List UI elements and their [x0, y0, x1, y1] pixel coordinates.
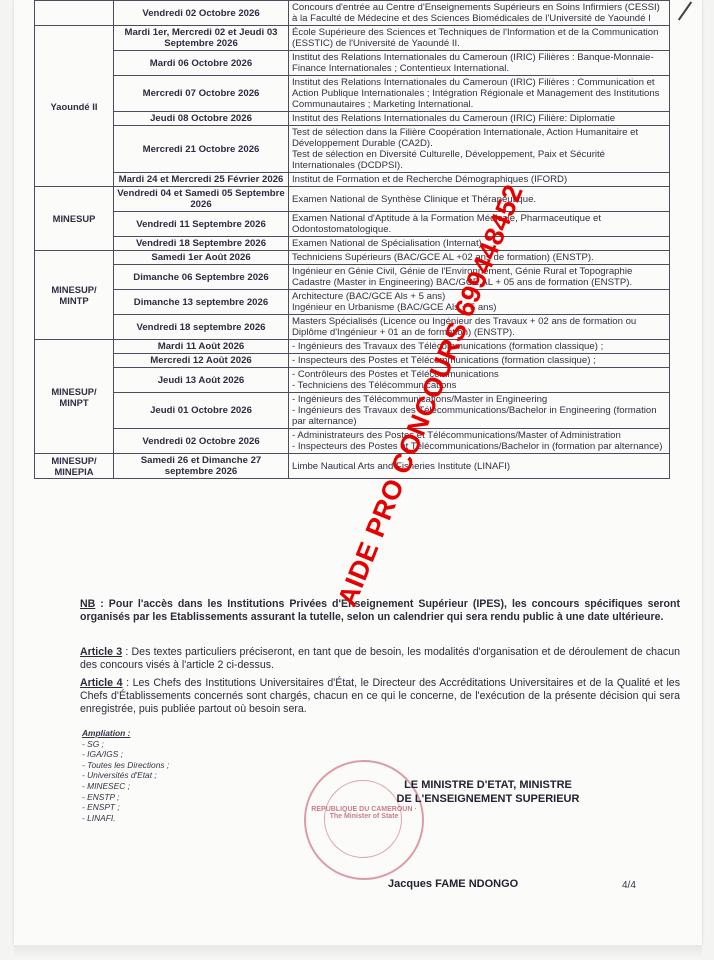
exam-cell: Test de sélection dans la Filière Coopér… — [289, 126, 670, 173]
date-cell: Mercredi 12 Août 2026 — [114, 354, 289, 368]
exam-line: - Inspecteurs des Postes et Télécommunic… — [292, 441, 666, 452]
date-cell: Jeudi 13 Août 2026 — [114, 368, 289, 393]
page-edge-shadow — [14, 945, 702, 960]
table-row: Jeudi 08 Octobre 2026Institut des Relati… — [35, 112, 670, 126]
exam-cell: Institut de Formation et de Recherche Dé… — [289, 173, 670, 187]
table-row: MINESUPVendredi 04 et Samedi 05 Septembr… — [35, 187, 670, 212]
table-row: Vendredi 18 septembre 2026Masters Spécia… — [35, 315, 670, 340]
ampliation-item: - IGA/IGS ; — [82, 749, 169, 760]
table-row: Yaoundé IIMardi 1er, Mercredi 02 et Jeud… — [35, 26, 670, 51]
table-row: Jeudi 13 Août 2026- Contrôleurs des Post… — [35, 368, 670, 393]
article-4-label: Article 4 — [80, 677, 122, 689]
date-cell: Dimanche 06 Septembre 2026 — [114, 265, 289, 290]
ampliation-title: Ampliation : — [82, 728, 169, 739]
date-cell: Dimanche 13 septembre 2026 — [114, 290, 289, 315]
table-row: Dimanche 06 Septembre 2026Ingénieur en G… — [35, 265, 670, 290]
nb-note: NB : Pour l'accès dans les Institutions … — [80, 598, 680, 624]
exam-line: Institut des Relations Internationales d… — [292, 77, 666, 110]
date-cell: Jeudi 08 Octobre 2026 — [114, 112, 289, 126]
institution-cell: MINESUP — [35, 187, 114, 251]
date-cell: Vendredi 04 et Samedi 05 Septembre 2026 — [114, 187, 289, 212]
date-cell: Vendredi 18 Septembre 2026 — [114, 237, 289, 251]
exam-line: - Ingénieurs des Travaux des Télécommuni… — [292, 341, 666, 352]
signer-name: Jacques FAME NDONGO — [388, 878, 518, 890]
date-cell: Samedi 1er Août 2026 — [114, 251, 289, 265]
date-cell: Mardi 06 Octobre 2026 — [114, 51, 289, 76]
institution-cell — [35, 1, 114, 26]
ampliation-item: - ENSTP ; — [82, 792, 169, 803]
signature-title-line-1: LE MINISTRE D'ETAT, MINISTRE — [378, 778, 598, 792]
table-row: Mercredi 21 Octobre 2026Test de sélectio… — [35, 126, 670, 173]
date-cell: Samedi 26 et Dimanche 27 septembre 2026 — [114, 454, 289, 479]
exam-line: Examen National de Synthèse Clinique et … — [292, 194, 666, 205]
ampliation-item: - ENSPT ; — [82, 802, 169, 813]
date-cell: Vendredi 18 septembre 2026 — [114, 315, 289, 340]
exam-cell: Limbe Nautical Arts and Fisheries Instit… — [289, 454, 670, 479]
article-3-text: : Des textes particuliers préciseront, e… — [80, 646, 680, 671]
exam-cell: Masters Spécialisés (Licence ou Ingénieu… — [289, 315, 670, 340]
stamp-text: REPUBLIQUE DU CAMEROUN · The Minister of… — [306, 806, 422, 820]
table-row: Dimanche 13 septembre 2026Architecture (… — [35, 290, 670, 315]
date-cell: Mardi 24 et Mercredi 25 Février 2026 — [114, 173, 289, 187]
exam-cell: École Supérieure des Sciences et Techniq… — [289, 26, 670, 51]
table-row: Mardi 06 Octobre 2026Institut des Relati… — [35, 51, 670, 76]
article-4-text: : Les Chefs des Institutions Universitai… — [80, 677, 680, 715]
table-row: Jeudi 01 Octobre 2026- Ingénieurs des Té… — [35, 393, 670, 429]
exam-cell: Institut des Relations Internationales d… — [289, 76, 670, 112]
nb-label: NB — [80, 598, 95, 610]
article-3: Article 3 : Des textes particuliers préc… — [80, 646, 680, 672]
exam-cell: - Ingénieurs des Télécommunications/Mast… — [289, 393, 670, 429]
date-cell: Mardi 1er, Mercredi 02 et Jeudi 03 Septe… — [114, 26, 289, 51]
ampliation-item: - Toutes les Directions ; — [82, 760, 169, 771]
exam-line: Institut des Relations Internationales d… — [292, 52, 666, 74]
table-row: Mardi 24 et Mercredi 25 Février 2026Inst… — [35, 173, 670, 187]
exam-line: - Inspecteurs des Postes et Télécommunic… — [292, 355, 666, 366]
ampliation-list: Ampliation : - SG ;- IGA/IGS ;- Toutes l… — [82, 728, 169, 823]
table-row: Vendredi 11 Septembre 2026Examen Nationa… — [35, 212, 670, 237]
date-cell: Mardi 11 Août 2026 — [114, 340, 289, 354]
table-row: MINESUP/ MINTPSamedi 1er Août 2026Techni… — [35, 251, 670, 265]
ampliation-item: - LINAFI. — [82, 813, 169, 824]
exam-cell: Institut des Relations Internationales d… — [289, 112, 670, 126]
date-cell: Vendredi 02 Octobre 2026 — [114, 1, 289, 26]
institution-cell: Yaoundé II — [35, 26, 114, 187]
table-row: Mercredi 07 Octobre 2026Institut des Rel… — [35, 76, 670, 112]
nb-text: : Pour l'accès dans les Institutions Pri… — [80, 598, 680, 623]
exam-cell: - Contrôleurs des Postes et Télécommunic… — [289, 368, 670, 393]
table-row: MINESUP/ MINEPIASamedi 26 et Dimanche 27… — [35, 454, 670, 479]
exam-line: Masters Spécialisés (Licence ou Ingénieu… — [292, 316, 666, 338]
article-3-label: Article 3 — [80, 646, 122, 658]
date-cell: Jeudi 01 Octobre 2026 — [114, 393, 289, 429]
date-cell: Vendredi 11 Septembre 2026 — [114, 212, 289, 237]
exam-cell: - Administrateurs des Postes et Télécomm… — [289, 429, 670, 454]
signature-title: LE MINISTRE D'ETAT, MINISTRE DE L'ENSEIG… — [378, 778, 598, 806]
exam-line: Test de sélection en Diversité Culturell… — [292, 149, 666, 171]
table-row: Vendredi 02 Octobre 2026- Administrateur… — [35, 429, 670, 454]
table-row: Mercredi 12 Août 2026- Inspecteurs des P… — [35, 354, 670, 368]
table-row: Vendredi 18 Septembre 2026Examen Nationa… — [35, 237, 670, 251]
signature-title-line-2: DE L'ENSEIGNEMENT SUPERIEUR — [378, 792, 598, 806]
exam-line: - Ingénieurs des Télécommunications/Mast… — [292, 394, 666, 405]
exam-cell: Concours d'entrée au Centre d'Enseigneme… — [289, 1, 670, 26]
institution-cell: MINESUP/ MINEPIA — [35, 454, 114, 479]
exam-line: - Techniciens des Télécommunications — [292, 380, 666, 391]
exam-line: - Administrateurs des Postes et Télécomm… — [292, 430, 666, 441]
page-number: 4/4 — [622, 880, 636, 891]
exam-line: École Supérieure des Sciences et Techniq… — [292, 27, 666, 49]
ampliation-item: - SG ; — [82, 739, 169, 750]
exam-cell: - Ingénieurs des Travaux des Télécommuni… — [289, 340, 670, 354]
exam-line: - Ingénieurs des Travaux des Télécommuni… — [292, 405, 666, 427]
exam-line: - Contrôleurs des Postes et Télécommunic… — [292, 369, 666, 380]
exam-cell: Institut des Relations Internationales d… — [289, 51, 670, 76]
exam-line: Institut des Relations Internationales d… — [292, 113, 666, 124]
exam-line: Limbe Nautical Arts and Fisheries Instit… — [292, 461, 666, 472]
exam-cell: - Inspecteurs des Postes et Télécommunic… — [289, 354, 670, 368]
table-row: MINESUP/ MINPTMardi 11 Août 2026- Ingéni… — [35, 340, 670, 354]
institution-cell: MINESUP/ MINPT — [35, 340, 114, 454]
exam-schedule-table: Vendredi 02 Octobre 2026Concours d'entré… — [34, 0, 670, 479]
table-row: Vendredi 02 Octobre 2026Concours d'entré… — [35, 1, 670, 26]
ampliation-item: - MINESEC ; — [82, 781, 169, 792]
date-cell: Vendredi 02 Octobre 2026 — [114, 429, 289, 454]
exam-line: Concours d'entrée au Centre d'Enseigneme… — [292, 2, 666, 24]
institution-cell: MINESUP/ MINTP — [35, 251, 114, 340]
date-cell: Mercredi 07 Octobre 2026 — [114, 76, 289, 112]
exam-line: Institut de Formation et de Recherche Dé… — [292, 174, 666, 185]
exam-cell: Examen National de Synthèse Clinique et … — [289, 187, 670, 212]
article-4: Article 4 : Les Chefs des Institutions U… — [80, 677, 680, 716]
exam-line: Test de sélection dans la Filière Coopér… — [292, 127, 666, 149]
date-cell: Mercredi 21 Octobre 2026 — [114, 126, 289, 173]
ampliation-item: - Universités d'Etat ; — [82, 770, 169, 781]
